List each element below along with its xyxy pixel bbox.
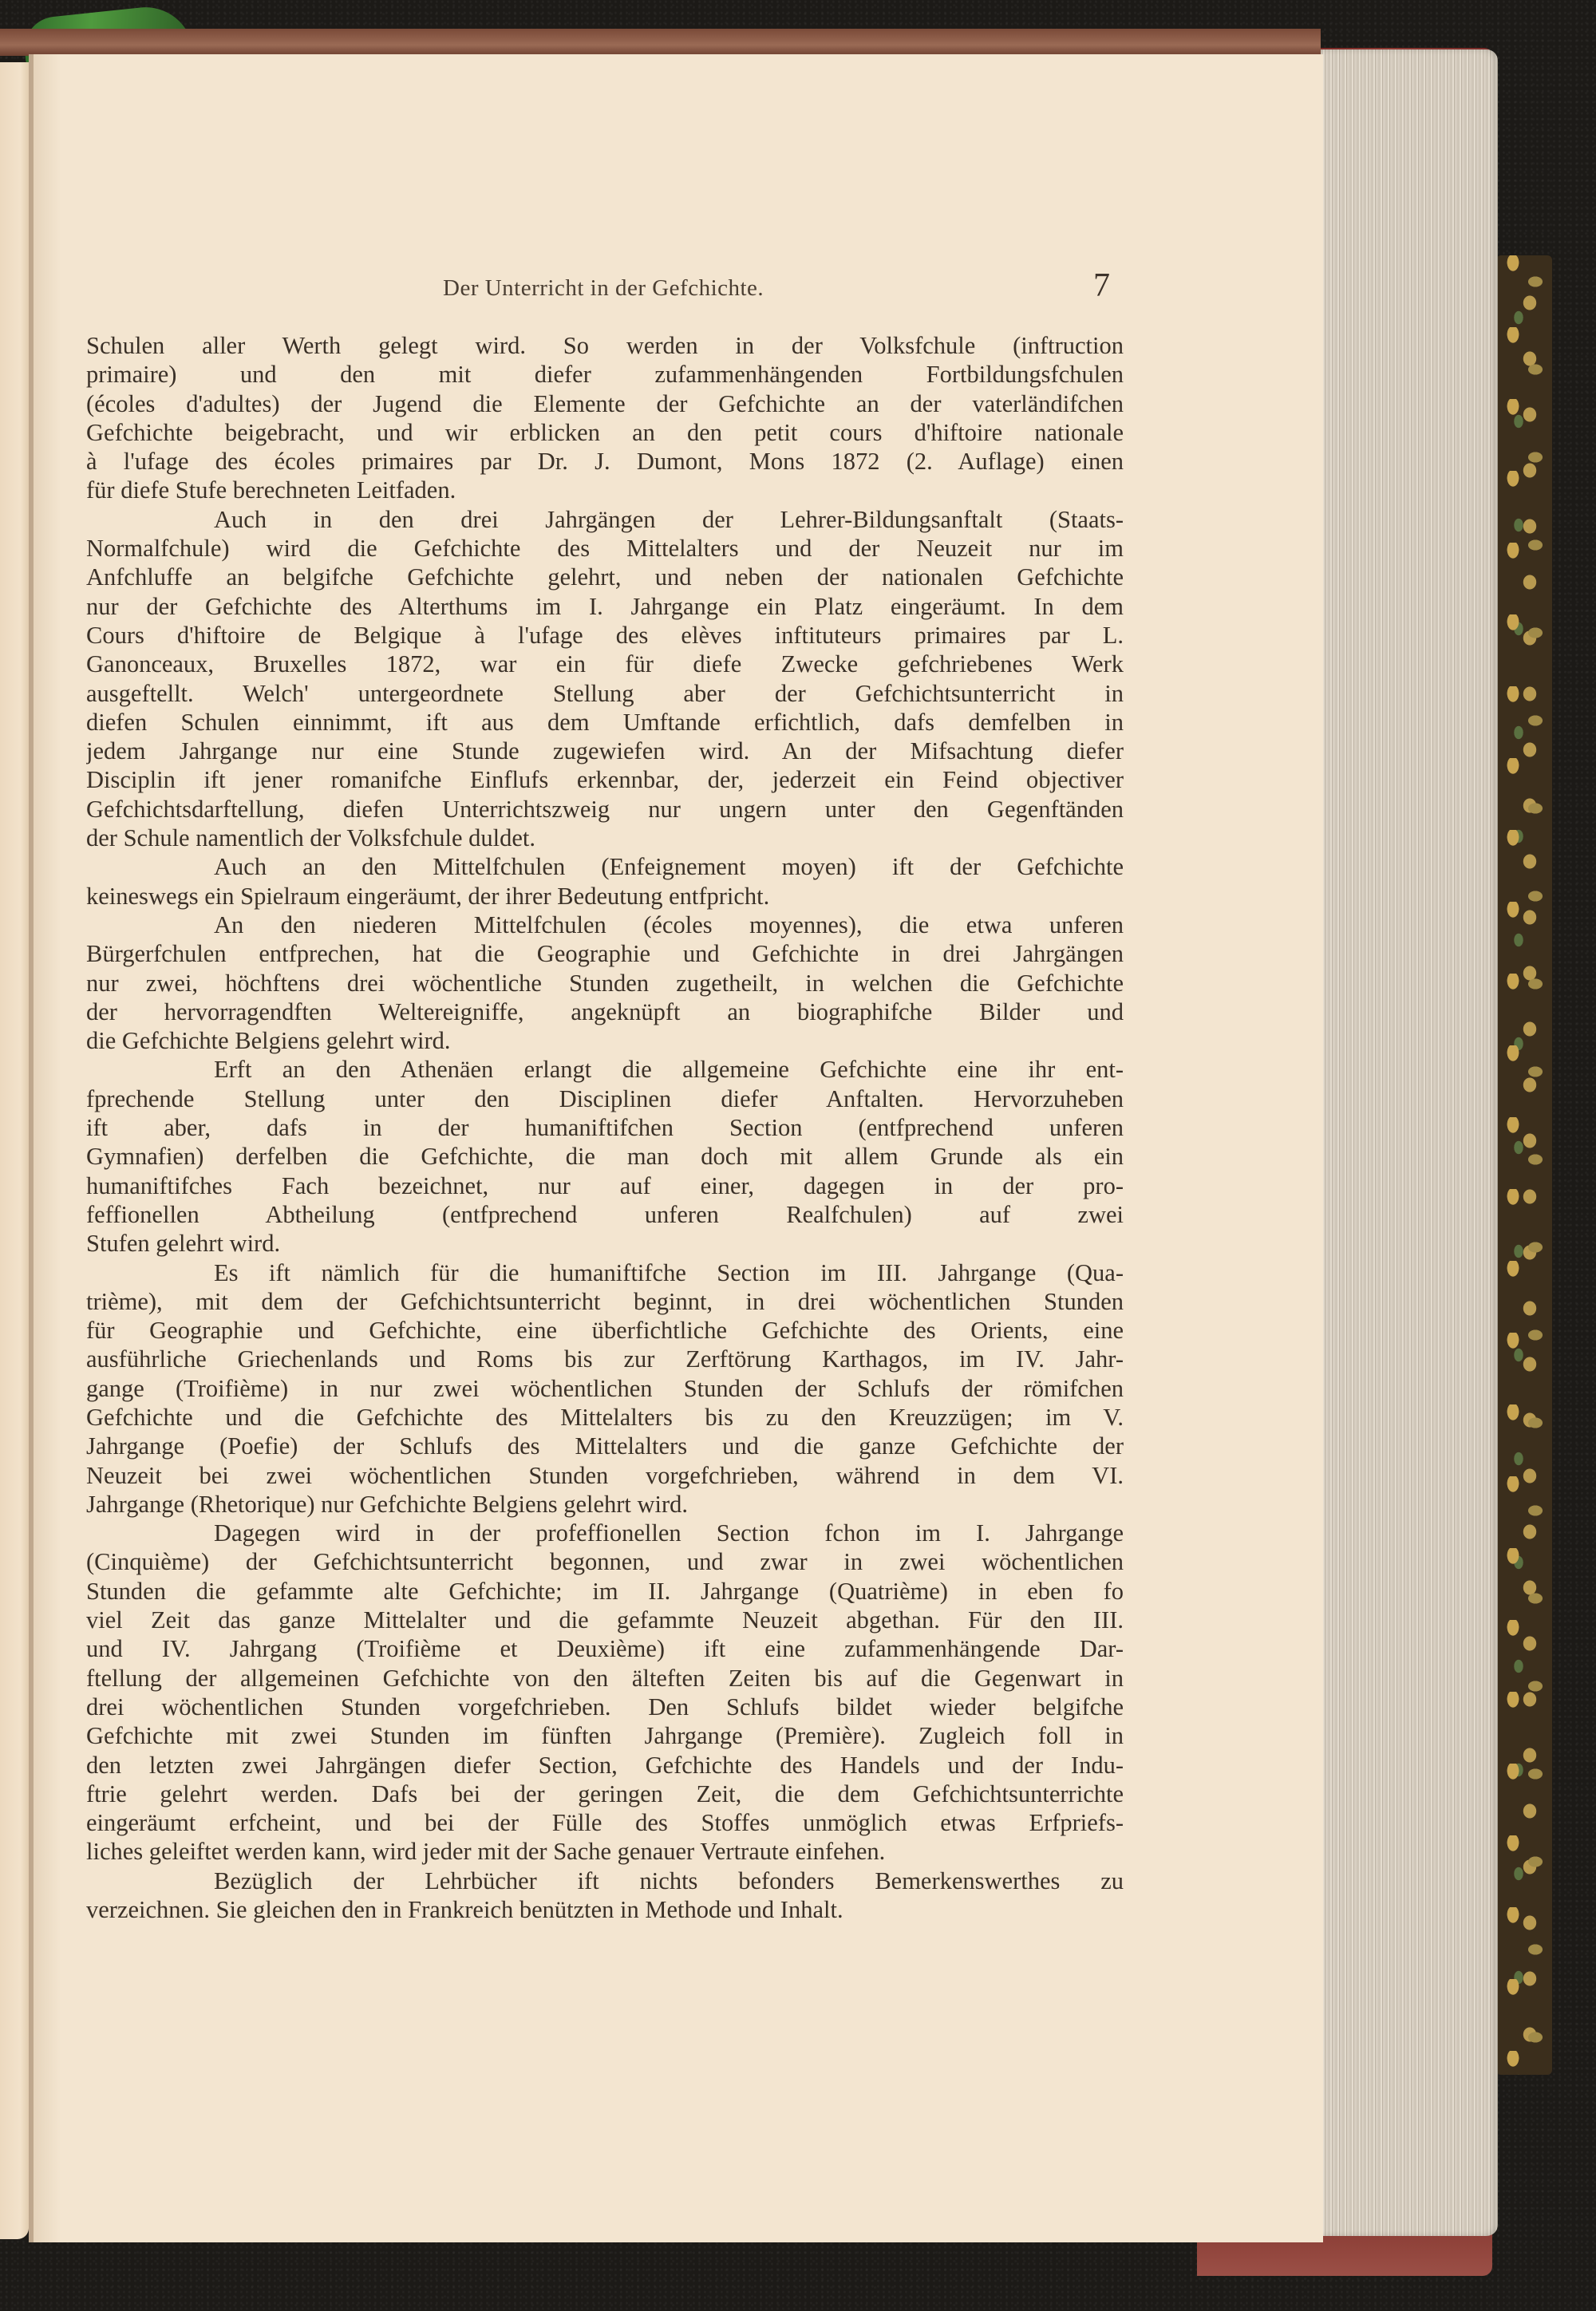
text-line: Jahrgange (Rhetorique) nur Gefchichte Be… [86, 1490, 1124, 1519]
text-line: Gefchichte und die Gefchichte des Mittel… [86, 1403, 1124, 1432]
text-line: Stunden die gefammte alte Gefchichte; im… [86, 1577, 1124, 1606]
text-line: nur der Gefchichte des Alterthums im I. … [86, 592, 1124, 621]
text-line: diefen Schulen einnimmt, ift aus dem Umf… [86, 708, 1124, 737]
text-line: Cours d'hiftoire de Belgique à l'ufage d… [86, 621, 1124, 650]
text-line: feffionellen Abtheilung (entfprechend un… [86, 1200, 1124, 1229]
text-line: die Gefchichte Belgiens gelehrt wird. [86, 1026, 1124, 1055]
text-line: für Geographie und Gefchichte, eine über… [86, 1316, 1124, 1345]
text-line: verzeichnen. Sie gleichen den in Frankre… [86, 1895, 1124, 1924]
text-line: ausführliche Griechenlands und Roms bis … [86, 1345, 1124, 1373]
text-line: Schulen aller Werth gelegt wird. So werd… [86, 331, 1124, 360]
text-line: Stufen gelehrt wird. [86, 1229, 1124, 1258]
body-text: Schulen aller Werth gelegt wird. So werd… [86, 331, 1124, 1924]
text-line: Gefchichtsdarftellung, diefen Unterricht… [86, 795, 1124, 824]
book-top-edge [0, 29, 1321, 56]
text-line: trième), mit dem der Gefchichtsunterrich… [86, 1287, 1124, 1316]
text-line: Disciplin ift jener romanifche Einflufs … [86, 765, 1124, 794]
text-line: à l'ufage des écoles primaires par Dr. J… [86, 447, 1124, 476]
text-line: Bezüglich der Lehrbücher ift nichts befo… [86, 1867, 1124, 1895]
text-line: Ganonceaux, Bruxelles 1872, war ein für … [86, 650, 1124, 678]
text-line: Gefchichte beigebracht, und wir erblicke… [86, 418, 1124, 447]
text-line: keineswegs ein Spielraum eingeräumt, der… [86, 882, 1124, 911]
text-line: An den niederen Mittelfchulen (écoles mo… [86, 911, 1124, 939]
text-line: Anfchluffe an belgifche Gefchichte geleh… [86, 563, 1124, 591]
text-line: ftrie gelehrt werden. Dafs bei der gerin… [86, 1780, 1124, 1808]
text-line: der hervorragendften Weltereigniffe, ang… [86, 997, 1124, 1026]
text-line: Gymnafien) derfelben die Gefchichte, die… [86, 1142, 1124, 1171]
running-header: Der Unterricht in der Gefchichte. [443, 275, 1081, 302]
text-line: Jahrgange (Poefie) der Schlufs des Mitte… [86, 1432, 1124, 1460]
text-line: gange (Troifième) in nur zwei wöchentlic… [86, 1374, 1124, 1403]
text-line: und IV. Jahrgang (Troifième et Deuxième)… [86, 1634, 1124, 1663]
text-line: ftellung der allgemeinen Gefchichte von … [86, 1664, 1124, 1693]
text-line: Erft an den Athenäen erlangt die allgeme… [86, 1055, 1124, 1084]
text-line: Es ift nämlich für die humaniftifche Sec… [86, 1258, 1124, 1287]
left-page-sliver [0, 62, 29, 2239]
text-line: Bürgerfchulen entfprechen, hat die Geogr… [86, 939, 1124, 968]
text-line: Gefchichte mit zwei Stunden im fünften J… [86, 1721, 1124, 1750]
text-line: drei wöchentlichen Stunden vorgefchriebe… [86, 1693, 1124, 1721]
text-line: Normalfchule) wird die Gefchichte des Mi… [86, 534, 1124, 563]
text-line: Neuzeit bei zwei wöchentlichen Stunden v… [86, 1461, 1124, 1490]
gutter-shadow [29, 54, 34, 2242]
text-line: den letzten zwei Jahrgängen diefer Secti… [86, 1751, 1124, 1780]
text-line: humaniftifches Fach bezeichnet, nur auf … [86, 1171, 1124, 1200]
text-line: primaire) und den mit diefer zufammenhän… [86, 360, 1124, 389]
text-line: (Cinquième) der Gefchichtsunterricht beg… [86, 1547, 1124, 1576]
page-edges-stack [1321, 49, 1498, 2236]
text-line: Dagegen wird in der profeffionellen Sect… [86, 1519, 1124, 1547]
text-line: der Schule namentlich der Volksfchule du… [86, 824, 1124, 852]
text-line: Auch in den drei Jahrgängen der Lehrer-B… [86, 505, 1124, 534]
text-line: liches geleiftet werden kann, wird jeder… [86, 1837, 1124, 1866]
text-line: ift aber, dafs in der humaniftifchen Sec… [86, 1113, 1124, 1142]
marbled-cover-strip [1496, 255, 1552, 2075]
text-line: ausgeftellt. Welch' untergeordnete Stell… [86, 679, 1124, 708]
page-number: 7 [1093, 267, 1110, 305]
text-line: eingeräumt erfcheint, und bei der Fülle … [86, 1808, 1124, 1837]
text-line: Auch an den Mittelfchulen (Enfeignement … [86, 852, 1124, 881]
text-line: jedem Jahrgange nur eine Stunde zugewief… [86, 737, 1124, 765]
text-line: nur zwei, höchftens drei wöchentliche St… [86, 969, 1124, 997]
text-line: für diefe Stufe berechneten Leitfaden. [86, 476, 1124, 504]
text-line: fprechende Stellung unter den Discipline… [86, 1084, 1124, 1113]
text-line: viel Zeit das ganze Mittelalter und die … [86, 1606, 1124, 1634]
text-line: (écoles d'adultes) der Jugend die Elemen… [86, 389, 1124, 418]
